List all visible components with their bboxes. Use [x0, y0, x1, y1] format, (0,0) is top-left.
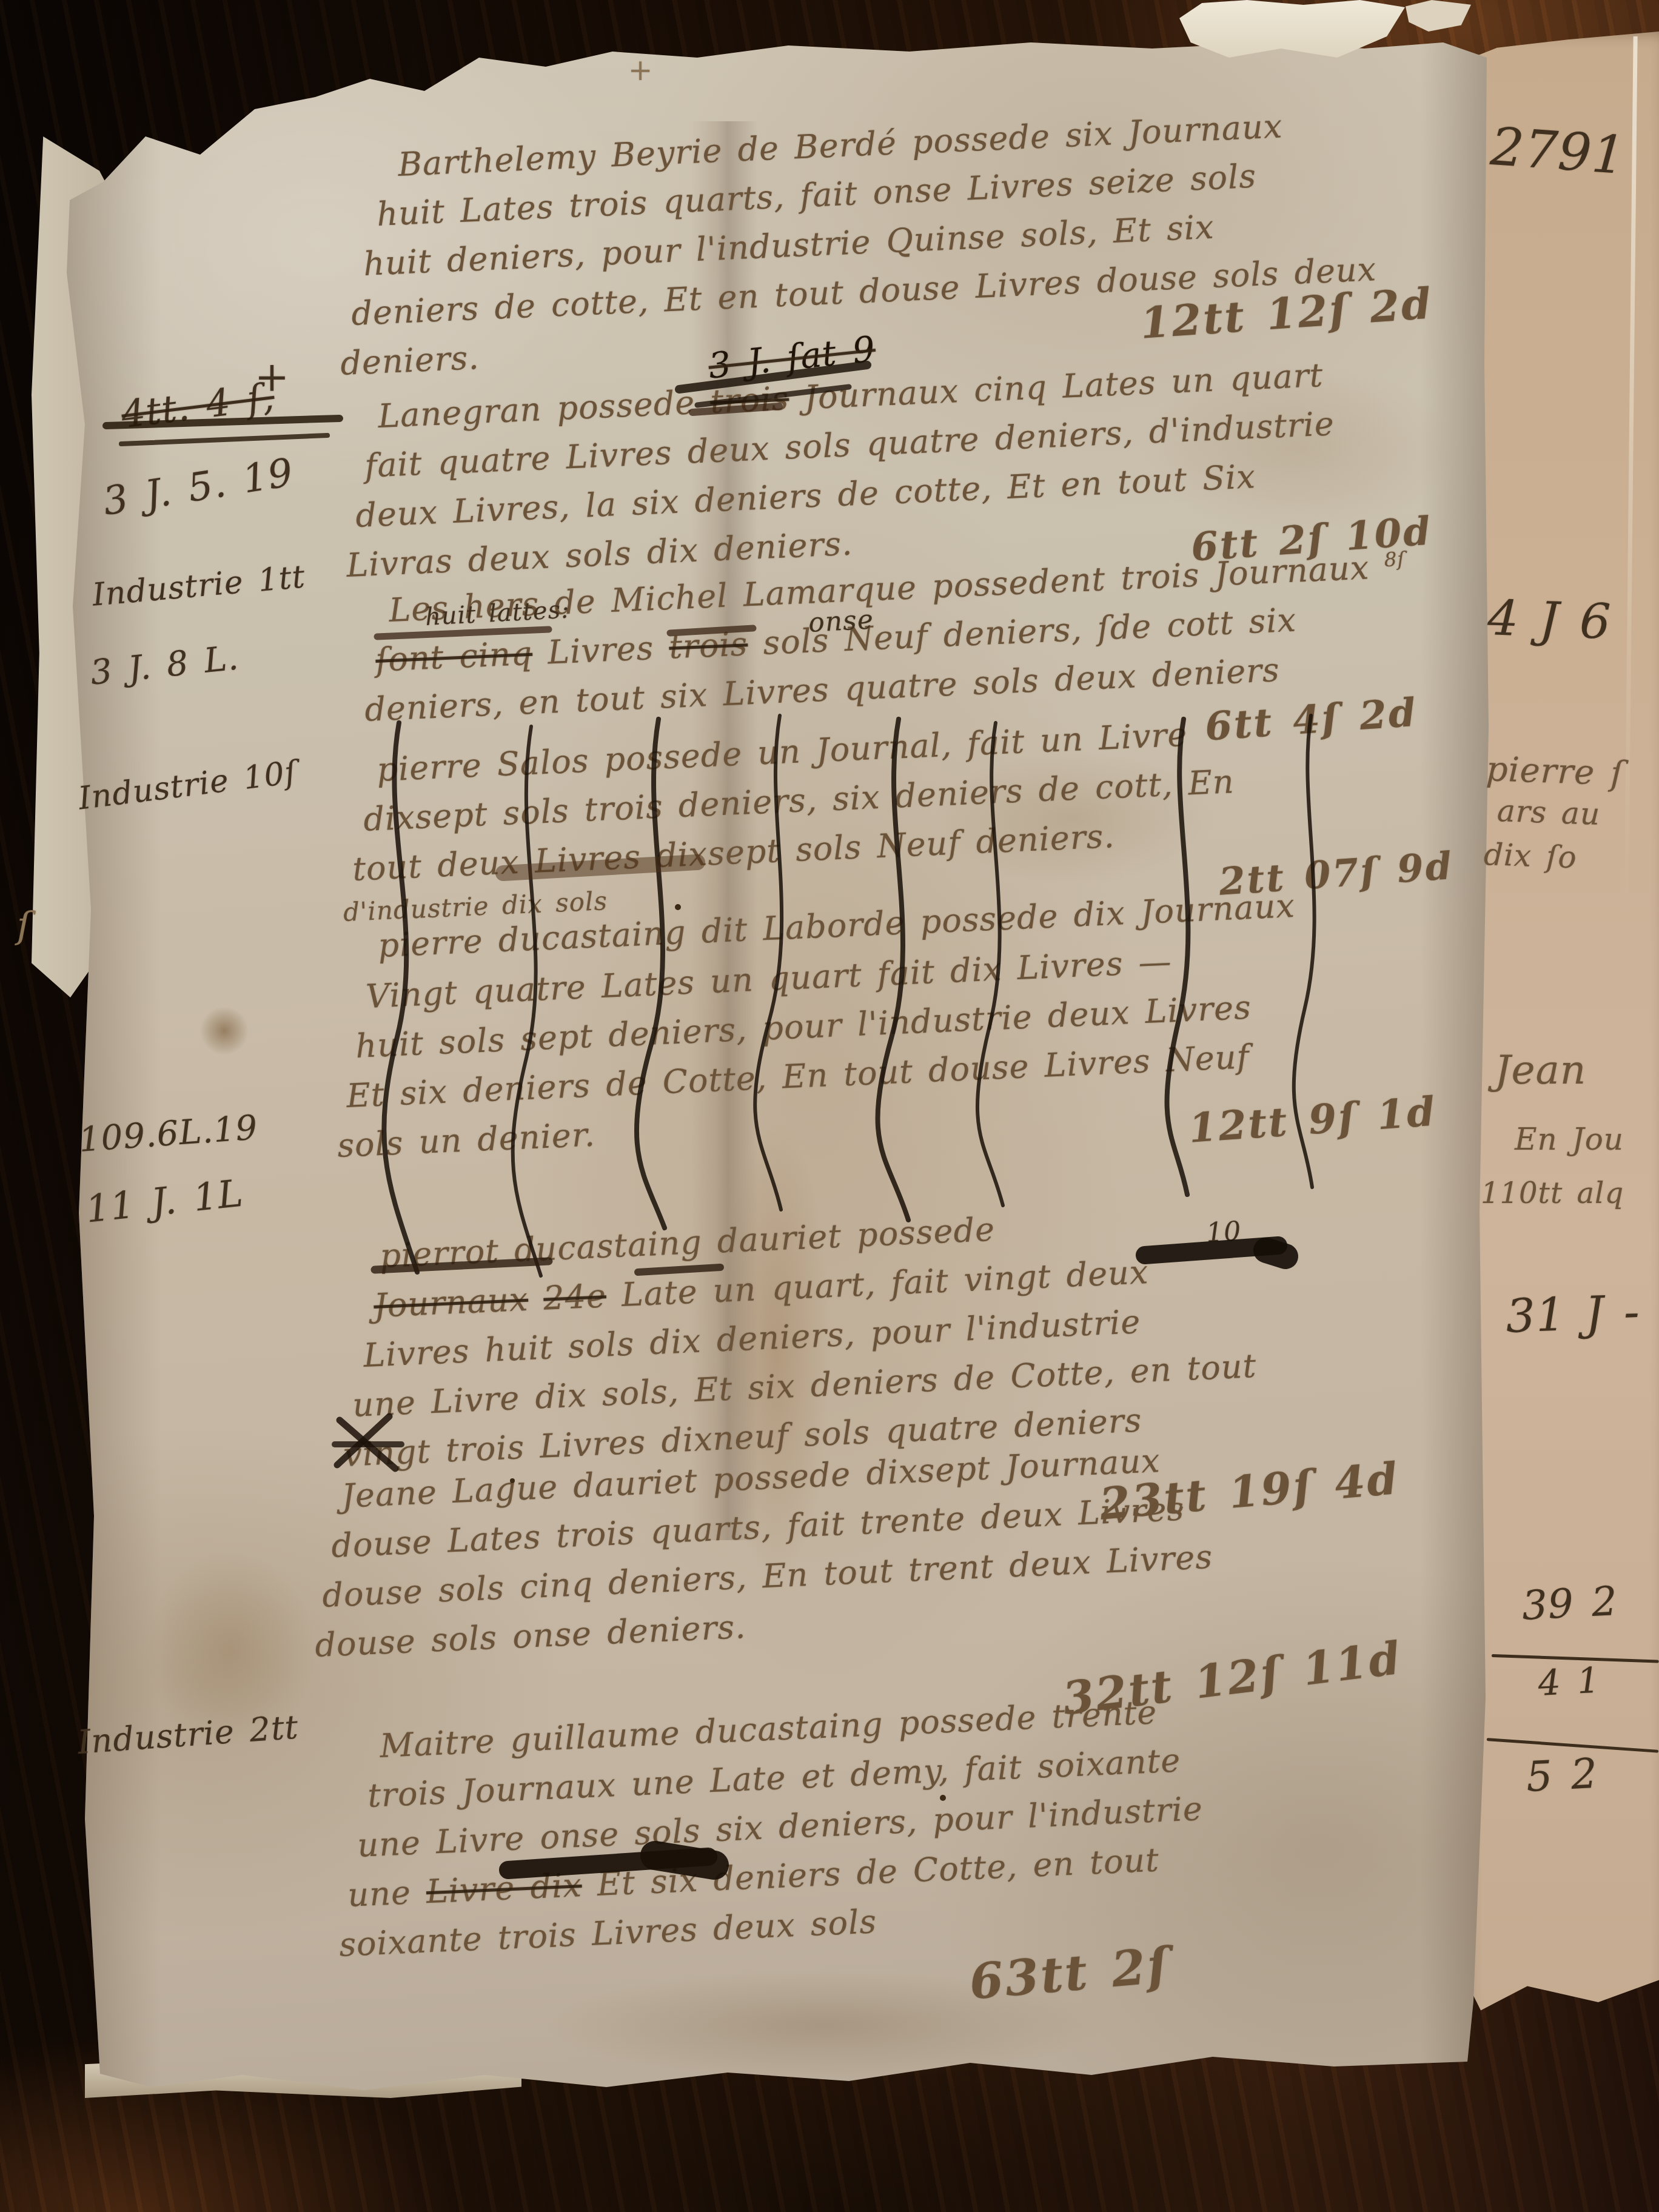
- text: Jean: [1495, 1047, 1586, 1093]
- text: 4 1: [1537, 1660, 1601, 1704]
- facing-page-fragment-9: 31 J -: [1505, 1284, 1641, 1343]
- facing-page-fragment-4: ars au: [1496, 793, 1601, 832]
- text: 4 J 6: [1487, 589, 1612, 650]
- interline-note-4: 10: [1205, 1216, 1242, 1248]
- manuscript-photo: Barthelemy Beyrie de Berdé possede six J…: [0, 0, 1659, 2212]
- text: ars au: [1496, 793, 1601, 832]
- text: +: [628, 53, 653, 87]
- facing-page-fragment-2: 4 J 6: [1487, 589, 1612, 650]
- facing-page-fragment-10: 39 2: [1521, 1578, 1619, 1629]
- struck-text: ſont cinq: [375, 634, 534, 679]
- facing-page-fragment-6: Jean: [1495, 1047, 1586, 1093]
- text: Livres: [532, 628, 670, 672]
- text: ſ: [17, 905, 31, 947]
- text: 8ſ: [1384, 548, 1406, 571]
- text: deniers.: [340, 338, 480, 383]
- text: [528, 1279, 545, 1318]
- interline-note-5: +: [628, 53, 653, 87]
- facing-page-fragment-7: En Jou: [1515, 1122, 1624, 1157]
- facing-page-fragment-1: 2791: [1489, 116, 1627, 186]
- text: 110tt alq: [1481, 1176, 1624, 1210]
- struck-text: Journaux: [373, 1280, 529, 1325]
- facing-page-fragment-11: 4 1: [1537, 1660, 1601, 1704]
- text: +: [255, 353, 290, 401]
- entry-barthelemy-line-5: deniers.: [340, 338, 480, 383]
- text: onse: [808, 604, 874, 638]
- facing-page-fragment-8: 110tt alq: [1481, 1176, 1624, 1210]
- margin-note-10: ſ: [17, 905, 31, 947]
- text: En Jou: [1515, 1122, 1624, 1157]
- text: dix ſo: [1483, 837, 1578, 875]
- interline-note-3: onse: [808, 604, 874, 638]
- margin-note-2: +: [255, 353, 290, 401]
- text: 39 2: [1521, 1578, 1619, 1629]
- facing-page-fragment-5: dix ſo: [1483, 837, 1578, 875]
- facing-page-fragment-12: 5 2: [1525, 1750, 1599, 1801]
- struck-text: 24e: [543, 1276, 607, 1317]
- text: une: [347, 1872, 427, 1914]
- facing-page-fragment-3: pierre ſ: [1486, 749, 1624, 794]
- text: 10: [1205, 1216, 1242, 1248]
- text: 5 2: [1525, 1750, 1599, 1801]
- struck-text: trois: [668, 625, 749, 666]
- text: 2791: [1489, 116, 1627, 186]
- text: 31 J -: [1505, 1284, 1641, 1343]
- struck-text: Livre dix: [426, 1866, 583, 1911]
- text: pierre ſ: [1486, 749, 1624, 794]
